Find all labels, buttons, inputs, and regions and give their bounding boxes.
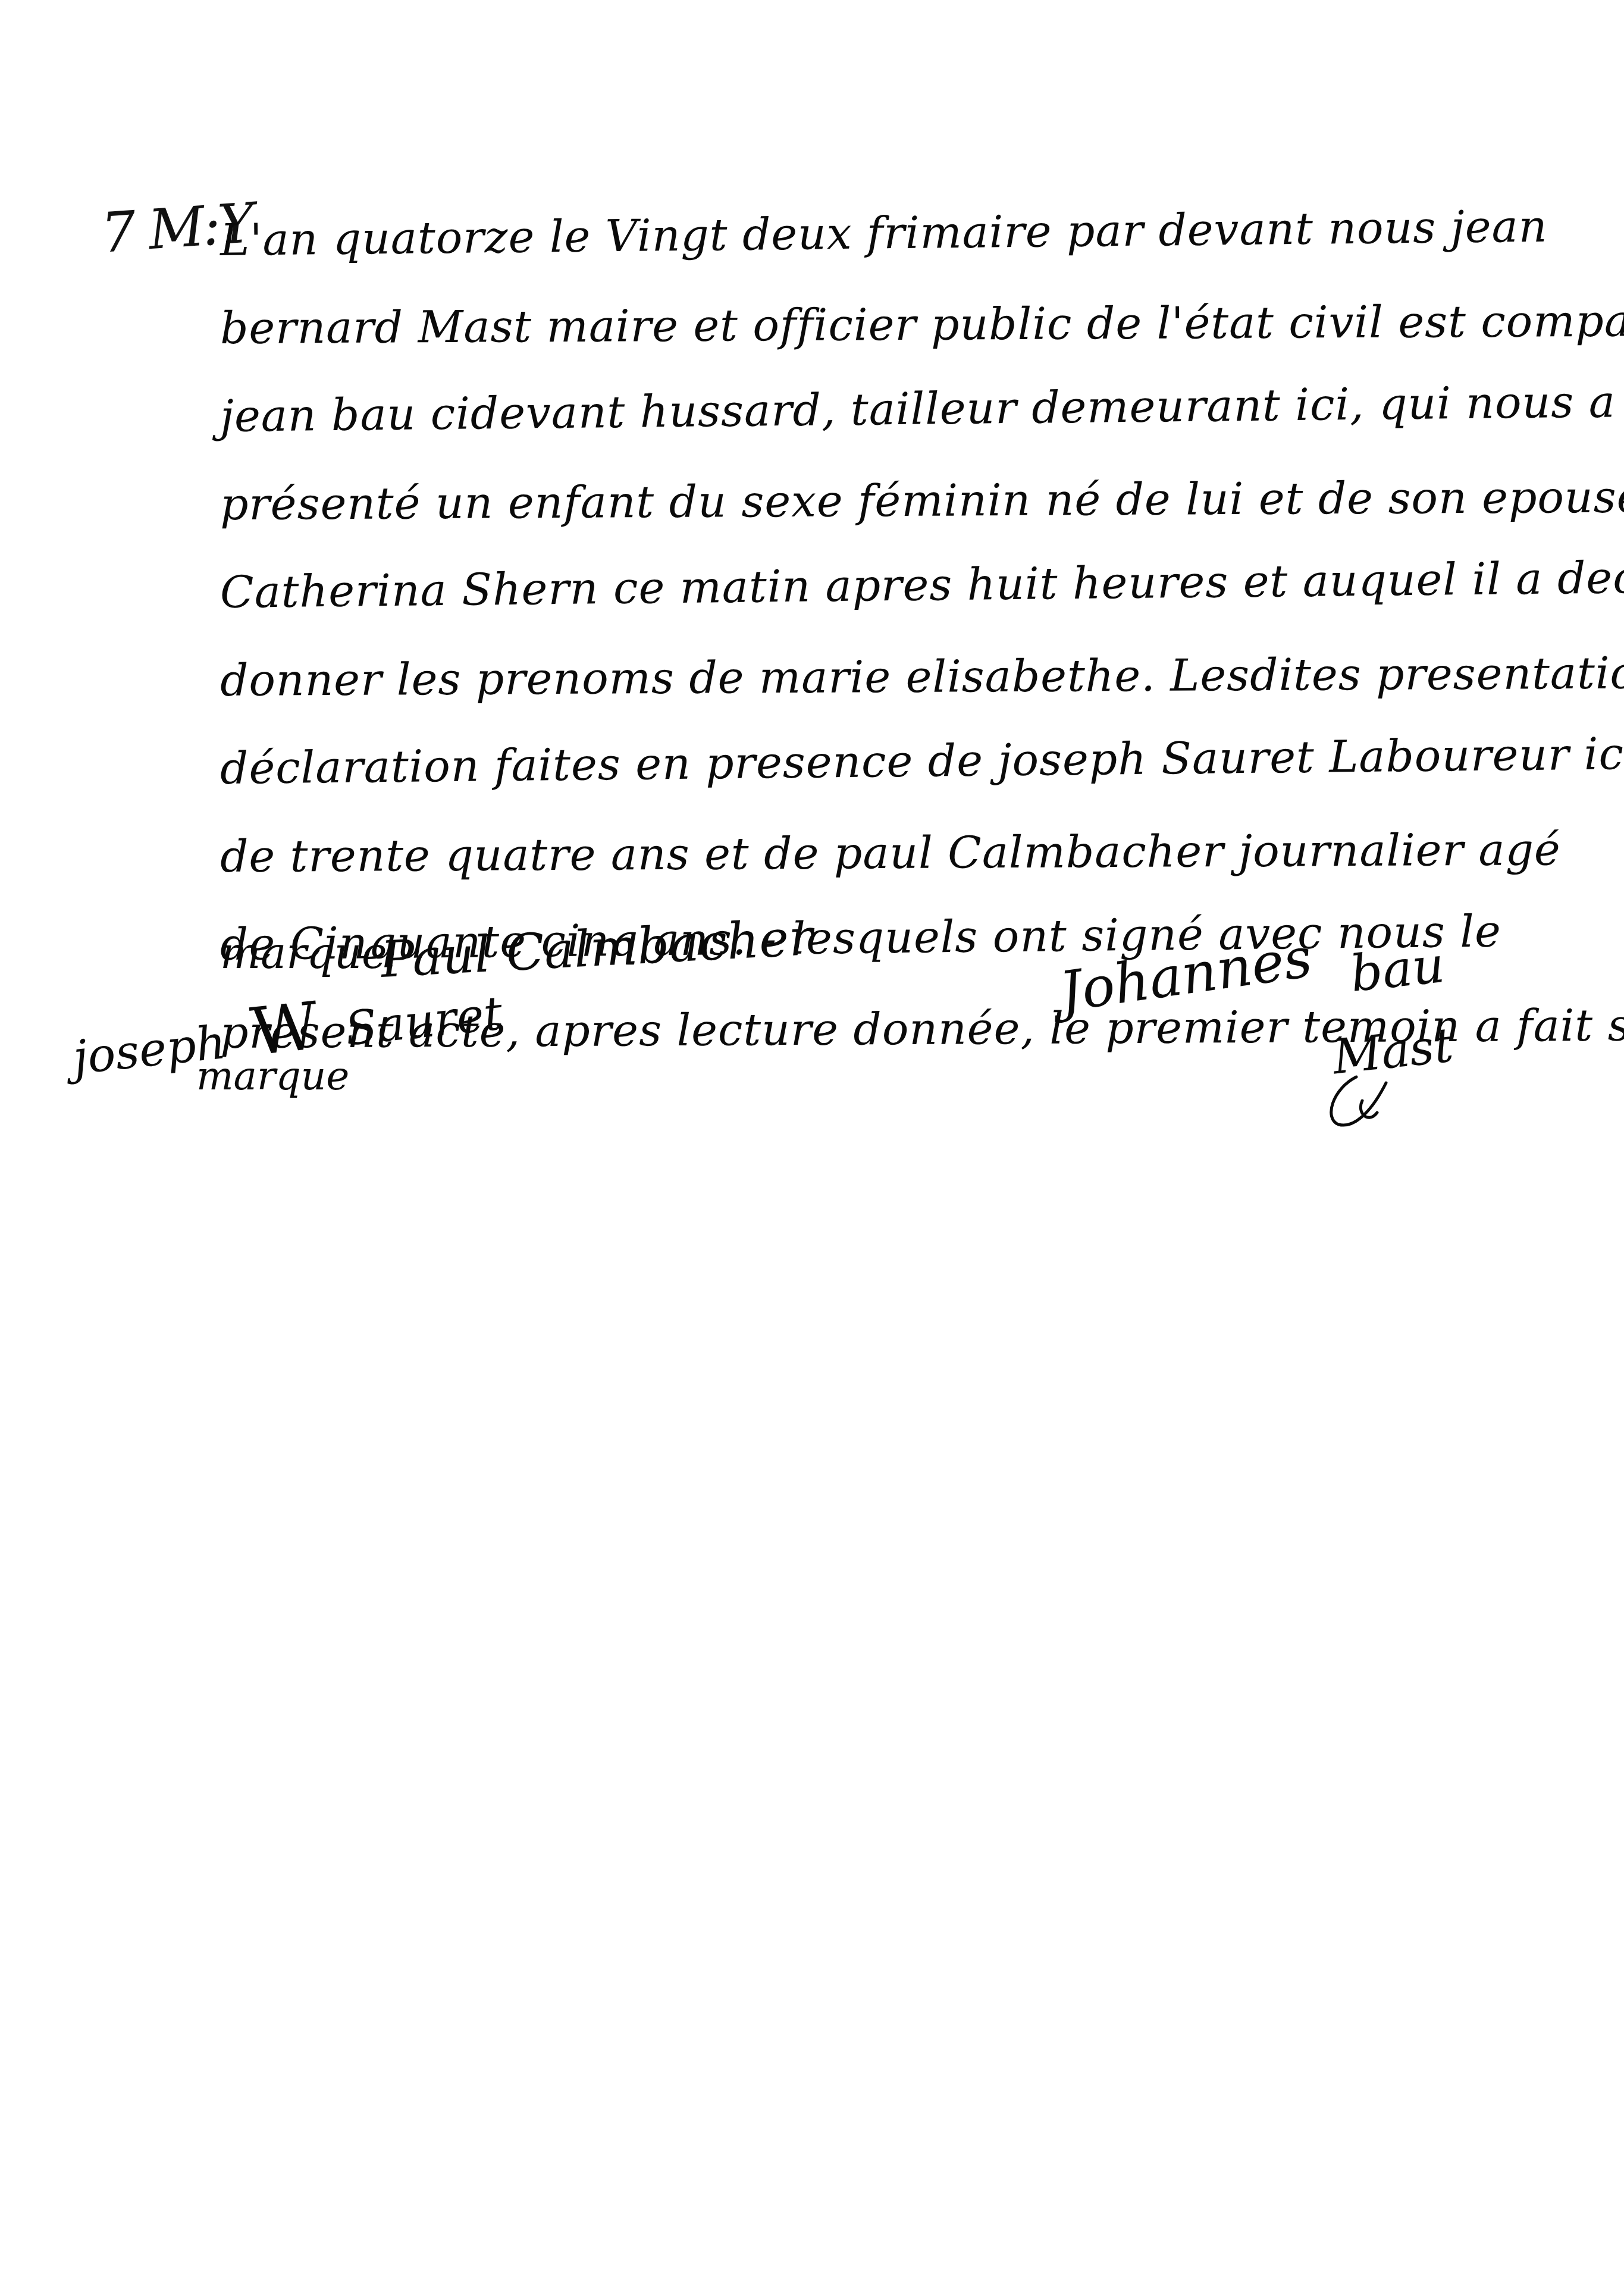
act-line-8: de trente quatre ans et de paul Calmbach… — [220, 806, 1589, 901]
act-line-4: présenté un enfant du sexe féminin né de… — [220, 453, 1589, 549]
act-line-5: Catherina Shern ce matin apres huit heur… — [220, 534, 1588, 637]
document-page: 7 M:Y L'an quatorze le Vingt deux frimai… — [0, 0, 1624, 2296]
act-line-3: jean bau cidevant hussard, tailleur deme… — [220, 358, 1588, 461]
paraph-flourish-icon — [1321, 1071, 1398, 1130]
marque-label-joseph: marque — [196, 1053, 349, 1099]
signature-joseph-surname: Sauret — [343, 986, 505, 1056]
act-line-1: L'an quatorze le Vingt deux frimaire par… — [220, 182, 1588, 284]
marque-label: marque — [220, 928, 387, 978]
signature-bau: bau — [1347, 935, 1447, 1003]
act-line-6: donner les prenoms de marie elisabethe. … — [220, 629, 1589, 725]
act-line-7: déclaration faites en presence de joseph… — [220, 710, 1588, 813]
act-line-2: bernard Mast maire et officier public de… — [220, 277, 1589, 372]
